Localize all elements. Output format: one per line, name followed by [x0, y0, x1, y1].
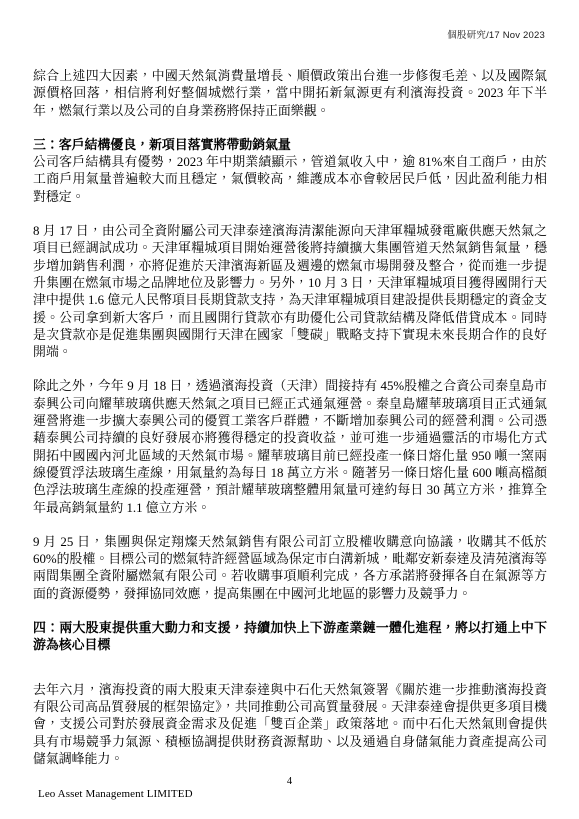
section-3-heading: 三：客戶結構優良，新項目落實將帶動銷氣量 — [33, 137, 547, 154]
paragraph-two-major-shareholders: 去年六月，濱海投資的兩大股東天津泰達與中石化天然氣簽署《關於進一步推動濱海投資有… — [33, 682, 547, 768]
paragraph-sep-18-taixing-yaohua-glass: 除此之外，今年 9 月 18 日，透過濱海投資（天津）間接持有 45%股權之合資… — [33, 378, 547, 516]
document-body: 綜合上述四大因素，中國天然氣消費量增長、順價政策出台進一步修復毛差、以及國際氣源… — [33, 68, 547, 785]
paragraph-summary-four-factors: 綜合上述四大因素，中國天然氣消費量增長、順價政策出台進一步修復毛差、以及國際氣源… — [33, 68, 547, 120]
footer-company-name: Leo Asset Management LIMITED — [38, 788, 193, 800]
paragraph-sep-25-baoding-acquisition: 9 月 25 日，集團與保定翔燦天然氣銷售有限公司訂立股權收購意向協議，收購其不… — [33, 534, 547, 603]
report-type-date-label: 個股研究/17 Nov 2023 — [447, 30, 545, 41]
paragraph-customer-structure: 公司客戶結構具有優勢，2023 年中期業績顯示，管道氣收入中，逾 81%來自工商… — [33, 154, 547, 206]
document-page: 個股研究/17 Nov 2023 綜合上述四大因素，中國天然氣消費量增長、順價政… — [0, 0, 579, 819]
page-number: 4 — [0, 776, 579, 787]
paragraph-aug-17-junliangcheng-project: 8 月 17 日，由公司全資附屬公司天津泰達濱海清潔能源向天津軍糧城發電廠供應天… — [33, 223, 547, 361]
page-header: 個股研究/17 Nov 2023 — [447, 27, 545, 41]
section-4-heading: 四：兩大股東提供重大動力和支援，持續加快上下游產業鏈一體化進程，將以打通上中下游… — [33, 620, 547, 655]
